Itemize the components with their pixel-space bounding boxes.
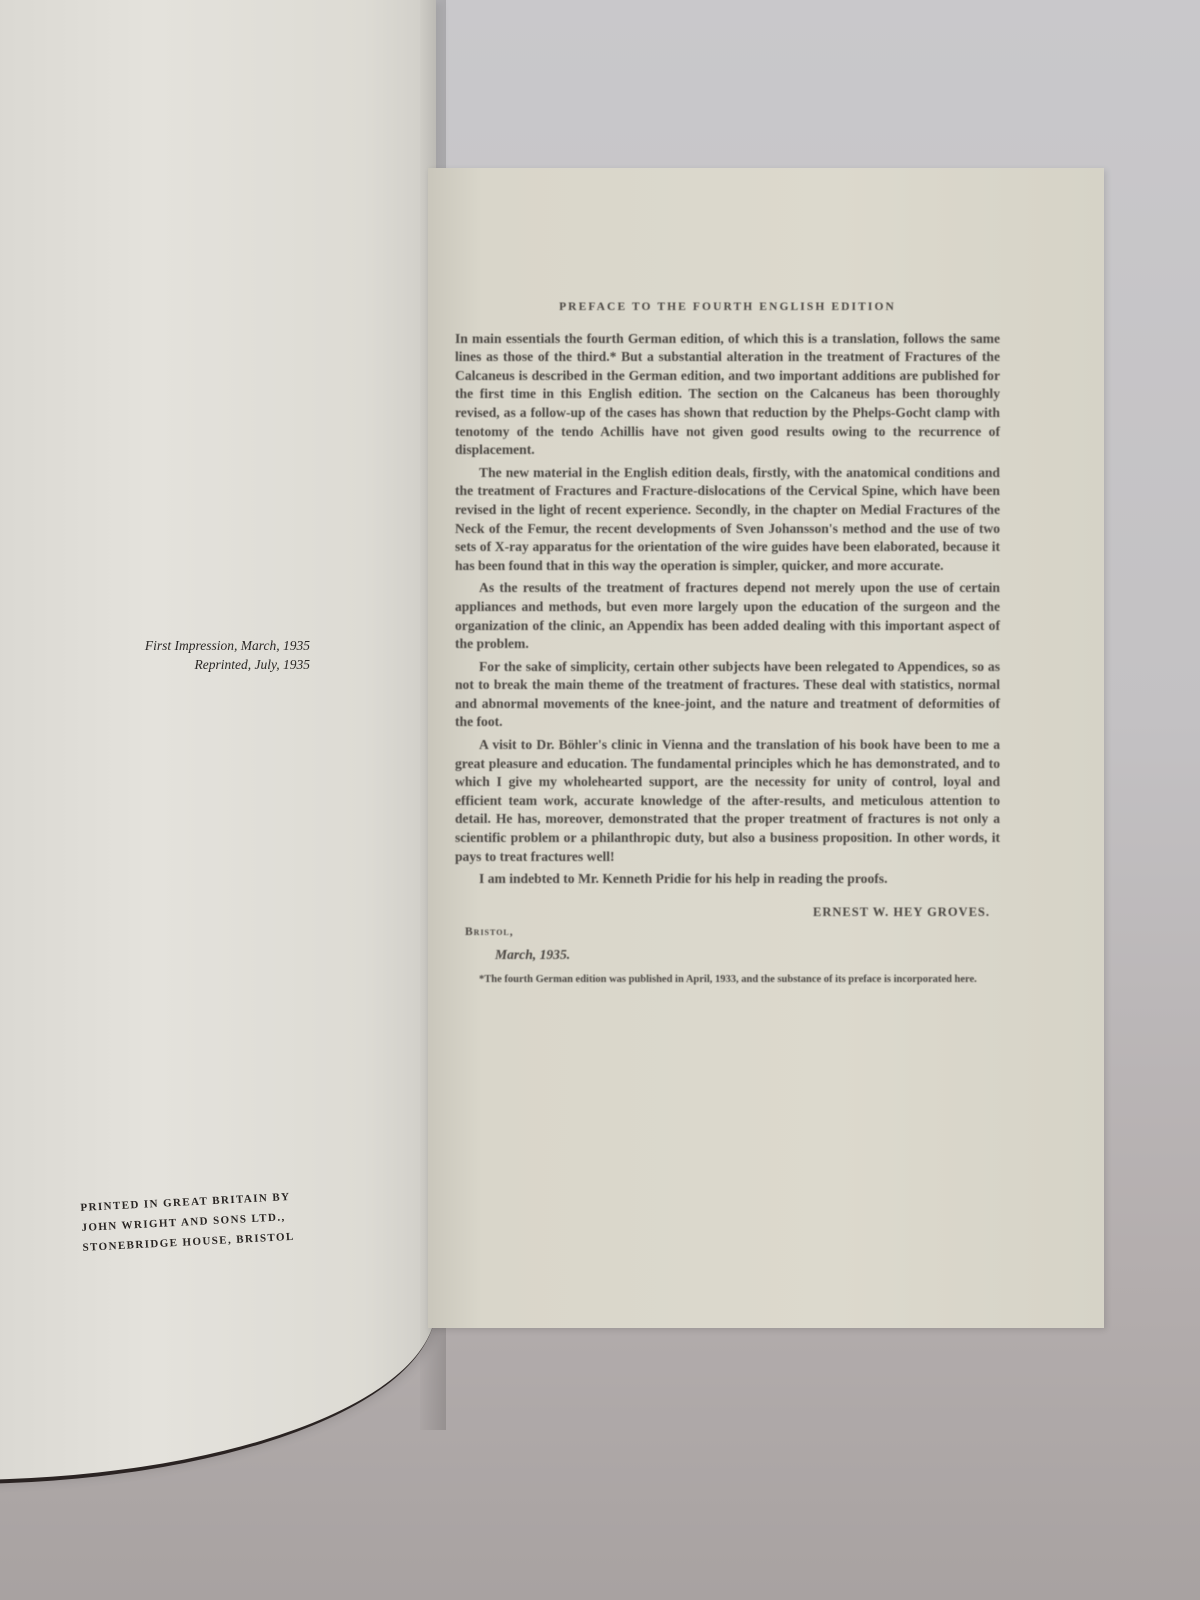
preface-text: PREFACE TO THE FOURTH ENGLISH EDITION In… [455,298,1000,987]
paragraph: A visit to Dr. Böhler's clinic in Vienna… [455,736,1000,866]
paragraph: For the sake of simplicity, certain othe… [455,658,1000,732]
paragraph: I am indebted to Mr. Kenneth Pridie for … [455,870,1000,889]
paragraph: The new material in the English edition … [455,464,1000,576]
paragraph: In main essentials the fourth German edi… [455,330,1000,460]
signature-date: March, 1935. [495,946,1000,965]
signature-place: Bristol, [465,923,1000,942]
imprint-first: First Impression, March, 1935 [100,636,310,655]
page-title: PREFACE TO THE FOURTH ENGLISH EDITION [455,298,1000,317]
left-page [0,0,436,1484]
footnote: *The fourth German edition was published… [455,973,1000,987]
author-signature: ERNEST W. HEY GROVES. [455,903,990,922]
paragraph: As the results of the treatment of fract… [455,579,1000,653]
imprint-notice: First Impression, March, 1935 Reprinted,… [100,636,310,674]
imprint-reprint: Reprinted, July, 1935 [100,655,310,674]
